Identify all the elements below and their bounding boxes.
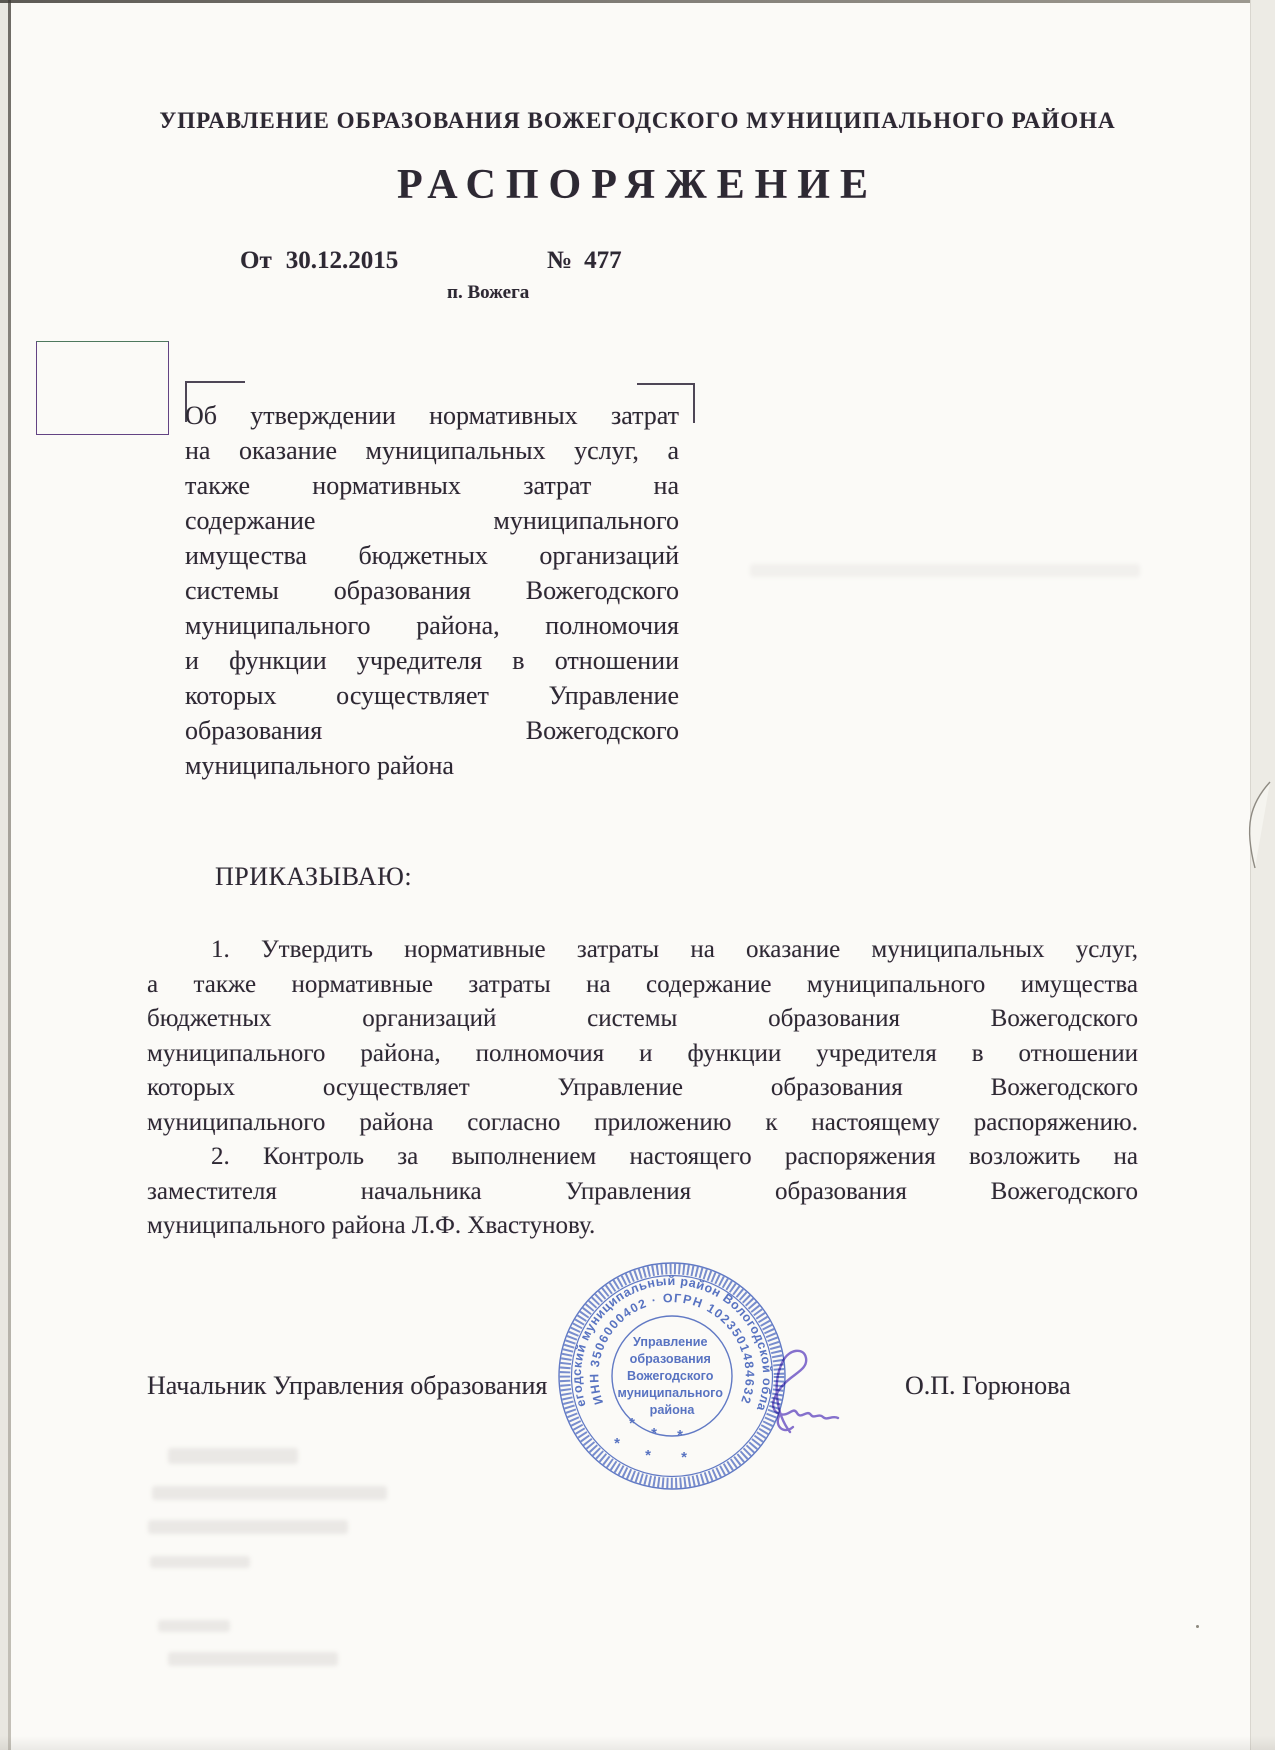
scan-left-edge-line <box>8 0 11 1750</box>
document-type-title: РАСПОРЯЖЕНИЕ <box>0 161 1275 209</box>
number-label: № <box>547 247 572 274</box>
date-value: 30.12.2015 <box>286 247 399 274</box>
signatory-position: Начальник Управления образования <box>147 1371 547 1401</box>
scanned-document-page: { "header": { "organization": "УПРАВЛЕНИ… <box>0 0 1275 1750</box>
page-curl-artifact <box>1238 778 1275 879</box>
organization-name: УПРАВЛЕНИЕ ОБРАЗОВАНИЯ ВОЖЕГОДСКОГО МУНИ… <box>0 108 1275 134</box>
order-paragraph-2: 2. Контроль за выполнением настоящего ра… <box>147 1140 1138 1244</box>
stamp-stars: * * * * * * <box>614 1415 687 1466</box>
paragraph-line: 2. Контроль за выполнением настоящего ра… <box>147 1140 1138 1175</box>
subject-line: системы образования Вожегодского <box>185 573 679 608</box>
paragraph-line: бюджетных организаций системы образовани… <box>147 1002 1138 1037</box>
svg-text:*: * <box>681 1449 687 1466</box>
subject-line: которых осуществляет Управление <box>185 678 679 713</box>
svg-text:*: * <box>651 1425 657 1442</box>
subject-line: имущества бюджетных организаций <box>185 538 679 573</box>
subject-line: муниципального района <box>185 748 679 783</box>
subject-line: муниципального района, полномочия <box>185 608 679 643</box>
bleedthrough-smudge <box>152 1486 387 1500</box>
scan-bottom-shadow <box>0 1736 1275 1750</box>
bleedthrough-smudge <box>168 1652 338 1666</box>
paragraph-line: 1. Утвердить нормативные затраты на оказ… <box>147 933 1138 968</box>
signatory-name: О.П. Горюнова <box>905 1371 1071 1401</box>
subject-line: и функции учредителя в отношении <box>185 643 679 678</box>
paragraph-line: муниципального района Л.Ф. Хвастунову. <box>147 1209 1138 1244</box>
empty-stamp-box <box>36 341 169 435</box>
subject-block: Об утверждении нормативных затратна оказ… <box>185 398 679 783</box>
number-value: 477 <box>584 247 622 274</box>
bleedthrough-smudge <box>750 564 1140 577</box>
scan-left-margin <box>0 0 8 1750</box>
order-heading: ПРИКАЗЫВАЮ: <box>215 862 412 892</box>
paragraph-line: муниципального района, полномочия и функ… <box>147 1037 1138 1072</box>
paragraph-line: муниципального района согласно приложени… <box>147 1106 1138 1141</box>
date-label: От <box>240 247 272 274</box>
bleedthrough-smudge <box>148 1520 348 1534</box>
paragraph-line: заместителя начальника Управления образо… <box>147 1175 1138 1210</box>
bleedthrough-smudge <box>168 1448 298 1464</box>
stamp-center-text: Управление образования Вожегодского муни… <box>618 1335 727 1417</box>
subject-line: образования Вожегодского <box>185 713 679 748</box>
svg-text:*: * <box>677 1427 683 1444</box>
svg-text:*: * <box>645 1447 651 1464</box>
place-name: п. Вожега <box>447 282 529 304</box>
subject-line: содержание муниципального <box>185 503 679 538</box>
order-paragraph-1: 1. Утвердить нормативные затраты на оказ… <box>147 933 1138 1140</box>
subject-line: на оказание муниципальных услуг, а <box>185 433 679 468</box>
subject-line: Об утверждении нормативных затрат <box>185 398 679 433</box>
bleedthrough-smudge <box>150 1556 250 1568</box>
subject-line: также нормативных затрат на <box>185 468 679 503</box>
svg-text:*: * <box>614 1435 620 1452</box>
scan-speck <box>1196 1625 1199 1628</box>
paragraph-line: которых осуществляет Управление образова… <box>147 1071 1138 1106</box>
number-line: №477 <box>547 247 622 275</box>
svg-text:*: * <box>629 1415 635 1432</box>
date-line: От30.12.2015 <box>240 247 398 275</box>
paragraph-line: а также нормативные затраты на содержани… <box>147 968 1138 1003</box>
scan-top-edge-line <box>0 0 1275 3</box>
handwritten-signature <box>746 1342 858 1438</box>
bleedthrough-smudge <box>158 1620 230 1632</box>
